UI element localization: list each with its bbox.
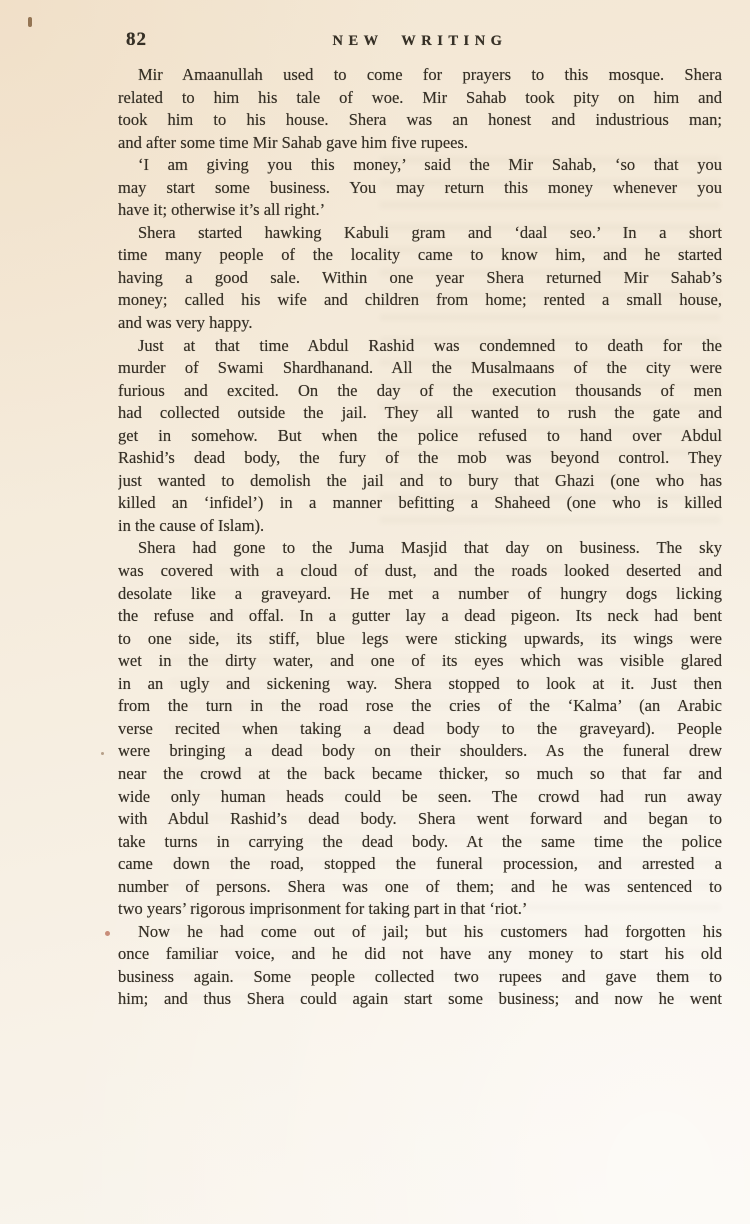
text-line: took him to his house. Shera was an hone… [118,109,722,132]
text-line: money; called his wife and children from… [118,289,722,312]
paragraph: Just at that time Abdul Rashid was conde… [118,335,722,538]
text-line: related to him his tale of woe. Mir Saha… [118,87,722,110]
text-line: the refuse and offal. In a gutter lay a … [118,605,722,628]
text-line: get in somehow. But when the police refu… [118,425,722,448]
text-line: furious and excited. On the day of the e… [118,380,722,403]
text-line: Rashid’s dead body, the fury of the mob … [118,447,722,470]
text-line: with Abdul Rashid’s dead body. Shera wen… [118,808,722,831]
text-line: take turns in carrying the dead body. At… [118,831,722,854]
text-line: Now he had come out of jail; but his cus… [118,921,722,944]
paragraph: ‘I am giving you this money,’ said the M… [118,154,722,222]
text-line: came down the road, stopped the funeral … [118,853,722,876]
text-line: Mir Amaanullah used to come for prayers … [118,64,722,87]
text-line: business again. Some people collected tw… [118,966,722,989]
text-line: have it; otherwise it’s all right.’ [118,199,722,222]
text-line: was covered with a cloud of dust, and th… [118,560,722,583]
text-line: wet in the dirty water, and one of its e… [118,650,722,673]
text-line: Shera had gone to the Juma Masjid that d… [118,537,722,560]
text-line: murder of Swami Shardhanand. All the Mus… [118,357,722,380]
paragraph: Now he had come out of jail; but his cus… [118,921,722,1011]
text-line: desolate like a graveyard. He met a numb… [118,583,722,606]
text-line: in the cause of Islam). [118,515,722,538]
text-line: may start some business. You may return … [118,177,722,200]
text-line: him; and thus Shera could again start so… [118,988,722,1011]
text-line: once familiar voice, and he did not have… [118,943,722,966]
text-line: had collected outside the jail. They all… [118,402,722,425]
text-line: Shera started hawking Kabuli gram and ‘d… [118,222,722,245]
text-line: two years’ rigorous imprisonment for tak… [118,898,722,921]
text-line: Just at that time Abdul Rashid was conde… [118,335,722,358]
text-line: to one side, its stiff, blue legs were s… [118,628,722,651]
text-line: and after some time Mir Sahab gave him f… [118,132,722,155]
text-line: just wanted to demolish the jail and to … [118,470,722,493]
paragraph: Shera started hawking Kabuli gram and ‘d… [118,222,722,335]
text-line: ‘I am giving you this money,’ said the M… [118,154,722,177]
text-line: killed an ‘infidel’) in a manner befitti… [118,492,722,515]
text-line: from the turn in the road rose the cries… [118,695,722,718]
text-line: near the crowd at the back became thicke… [118,763,722,786]
paper-speck [28,17,32,27]
text-line: wide only human heads could be seen. The… [118,786,722,809]
paper-speck [105,931,110,936]
paragraph: Shera had gone to the Juma Masjid that d… [118,537,722,920]
text-line: having a good sale. Within one year Sher… [118,267,722,290]
text-line: verse recited when taking a dead body to… [118,718,722,741]
book-page: 82 NEW WRITING Mir Amaanullah used to co… [0,0,750,1224]
text-line: were bringing a dead body on their shoul… [118,740,722,763]
page-text: Mir Amaanullah used to come for prayers … [118,64,722,1011]
running-head: 82 NEW WRITING [118,29,722,53]
running-title: NEW WRITING [118,33,722,50]
text-line: and was very happy. [118,312,722,335]
text-line: time many people of the locality came to… [118,244,722,267]
paragraph: Mir Amaanullah used to come for prayers … [118,64,722,154]
text-line: number of persons. Shera was one of them… [118,876,722,899]
text-line: in an ugly and sickening way. Shera stop… [118,673,722,696]
paper-speck [101,752,104,755]
